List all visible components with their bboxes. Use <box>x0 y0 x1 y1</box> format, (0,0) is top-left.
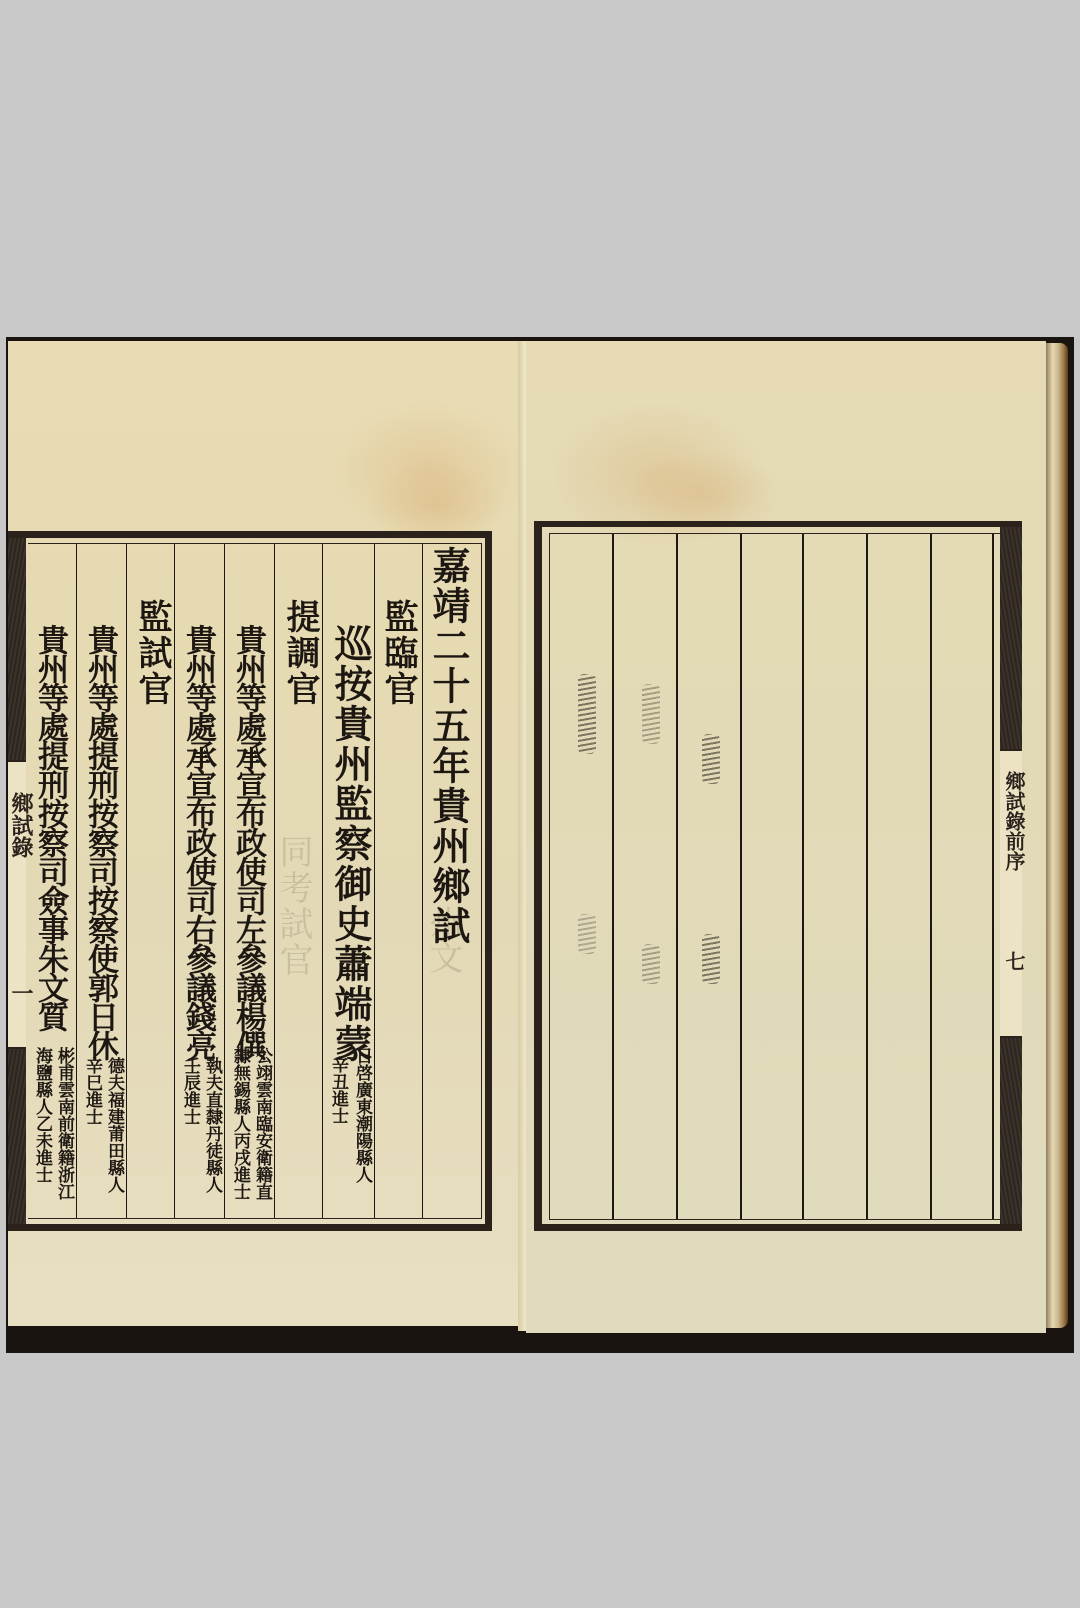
left-page: 鄉試錄 一 同考試官 州文 嘉靖二十五年貴州鄉試 <box>8 341 530 1326</box>
block-center-strip: 鄉試錄 一 <box>8 538 26 1224</box>
page-heading: 嘉靖二十五年貴州鄉試 <box>426 546 470 946</box>
official-xiao-duanmeng: 巡按貴州監察御史蕭端蒙 <box>328 624 372 1064</box>
note-xiao-line2: 辛丑進士 <box>328 1056 347 1124</box>
center-strip-plate: 鄉試錄前序 七 <box>1000 749 1022 1038</box>
official-qian-liang: 貴州等處承宣布政使司右參議錢亮 <box>180 624 216 1059</box>
official-guo-rixiu: 貴州等處提刑按察司按察使郭日休 <box>82 624 118 1059</box>
role-label-proctor: 監試官 <box>132 599 172 707</box>
ink-bleed <box>642 944 660 984</box>
ink-bleed <box>642 684 660 744</box>
center-strip-plate: 鄉試錄 一 <box>8 760 26 1049</box>
ink-bleed <box>702 934 720 984</box>
note-xiao-line1: 日啓廣東潮陽縣人 <box>352 1047 371 1183</box>
margin-book-title: 鄉試錄前序 <box>1000 771 1029 871</box>
right-print-frame: 鄉試錄前序 七 <box>534 521 1022 1231</box>
official-zhu-wenzhi: 貴州等處提刑按察司僉事朱文質 <box>32 624 68 1030</box>
note-qian-line1: 執夫直隸丹徒縣人 <box>202 1057 221 1193</box>
note-guo-line2: 辛巳進士 <box>82 1057 101 1125</box>
ink-bleed <box>702 734 720 784</box>
page-edges <box>1046 343 1068 1328</box>
block-center-strip: 鄉試錄前序 七 <box>1000 527 1022 1224</box>
right-inner-frame <box>549 533 1000 1220</box>
ink-bleed <box>578 674 596 754</box>
left-print-frame: 鄉試錄 一 同考試官 州文 嘉靖二十五年貴州鄉試 <box>8 531 492 1231</box>
note-yang-line2: 隸無錫縣人丙戌進士 <box>230 1047 249 1200</box>
note-zhu-line1: 彬甫雲南前衛籍浙江 <box>54 1047 73 1200</box>
book-spread: 鄉試錄 一 同考試官 州文 嘉靖二十五年貴州鄉試 <box>6 337 1074 1353</box>
official-yang-zhuan: 貴州等處承宣布政使司左參議楊僎 <box>230 624 266 1059</box>
role-label-administrator: 提調官 <box>280 599 320 707</box>
note-yang-line1: 公翊雲南臨安衛籍直 <box>252 1047 271 1200</box>
note-qian-line2: 壬辰進士 <box>180 1057 199 1125</box>
role-label-supervisor: 監臨官 <box>378 599 418 707</box>
left-inner-frame: 同考試官 州文 嘉靖二十五年貴州鄉試 監臨官 巡按貴州監察御史蕭端蒙 日啓廣東潮… <box>28 543 482 1219</box>
note-guo-line1: 德夫福建莆田縣人 <box>104 1057 123 1193</box>
ghost-text: 同考試官 <box>273 834 313 978</box>
right-page: 鄉試錄前序 七 <box>526 341 1046 1333</box>
margin-page-number: 七 <box>1000 951 1029 971</box>
ink-bleed <box>578 914 596 954</box>
water-stain <box>328 401 528 541</box>
note-zhu-line2: 海鹽縣人乙未進士 <box>32 1047 51 1183</box>
